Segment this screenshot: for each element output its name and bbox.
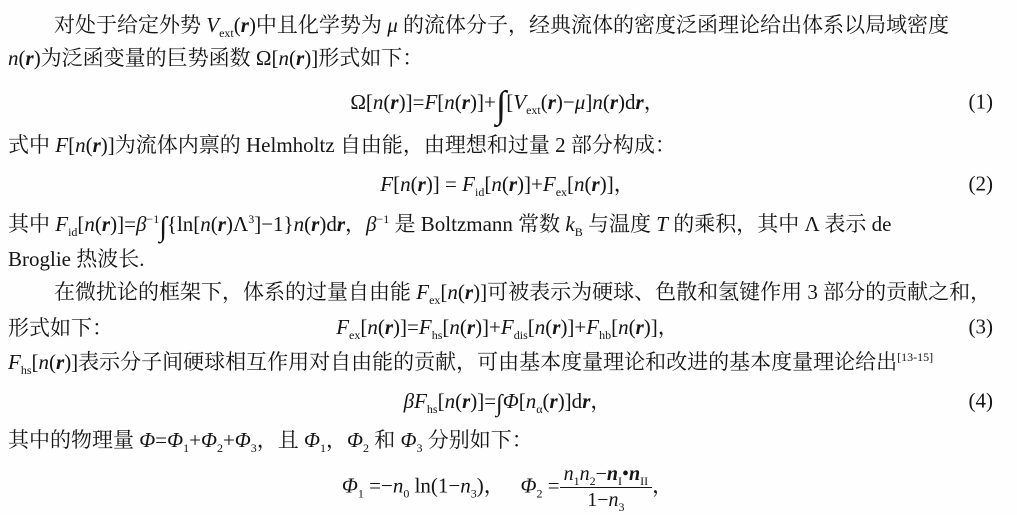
paragraph-1-line-2: n(r)为泛函变量的巨势函数 Ω[n(r)]形式如下： (8, 42, 1007, 75)
equation-3-number: (3) (969, 315, 994, 340)
equation-row-2: F[n(r)] = Fid[n(r)]+Fex[n(r)]， (2) (8, 162, 1007, 206)
equation-4-number: (4) (969, 389, 994, 414)
paragraph-3-line-1: 其中 Fid[n(r)]=β−1∫{ln[n(r)Λ3]−1}n(r)dr，β−… (8, 206, 1007, 242)
paragraph-4: 在微扰论的框架下，体系的过量自由能 Fex[n(r)]可被表示为硬球、色散和氢键… (8, 276, 1007, 309)
equation-row-3: 形式如下： Fex[n(r)]=Fhs[n(r)]+Fdis[n(r)]+Fhb… (8, 309, 1007, 345)
paragraph-1-line-1: 对处于给定外势 Vext(r)中且化学势为 μ 的流体分子，经典流体的密度泛函理… (8, 9, 1007, 42)
paragraph-2: 式中 F[n(r)]为流体内禀的 Helmholtz 自由能，由理想和过量 2 … (8, 129, 1007, 162)
equation-4: βFhs[n(r)]=∫Φ[nα(r)]dr， (404, 389, 612, 413)
equation-2-number: (2) (969, 172, 994, 197)
paper-page: 对处于给定外势 Vext(r)中且化学势为 μ 的流体分子，经典流体的密度泛函理… (0, 0, 1017, 515)
equation-1: Ω[n(r)]=F[n(r)]+∫[Vext(r)−μ]n(r)dr， (350, 90, 664, 114)
equation-5: Φ1 =−n0 ln(1−n3)， Φ2 =n1n2−nI•nII1−n3， (342, 463, 673, 512)
equation-3: Fex[n(r)]=Fhs[n(r)]+Fdis[n(r)]+Fhb[n(r)]… (336, 315, 679, 339)
equation-2: F[n(r)] = Fid[n(r)]+Fex[n(r)]， (380, 172, 634, 196)
equation-row-4: βFhs[n(r)]=∫Φ[nα(r)]dr， (4) (8, 379, 1007, 423)
equation-row-5: Φ1 =−n0 ln(1−n3)， Φ2 =n1n2−nI•nII1−n3， (8, 458, 1007, 515)
equation-3-lead-text: 形式如下： (8, 312, 113, 342)
paragraph-5: Fhs[n(r)]表示分子间硬球相互作用对自由能的贡献，可由基本度量理论和改进的… (8, 345, 1007, 379)
paragraph-6: 其中的物理量 Φ=Φ1+Φ2+Φ3，且 Φ1，Φ2 和 Φ3 分别如下： (8, 423, 1007, 458)
paragraph-3-line-2: Broglie 热波长. (8, 242, 1007, 276)
equation-1-number: (1) (969, 90, 994, 115)
equation-row-1: Ω[n(r)]=F[n(r)]+∫[Vext(r)−μ]n(r)dr， (1) (8, 75, 1007, 129)
